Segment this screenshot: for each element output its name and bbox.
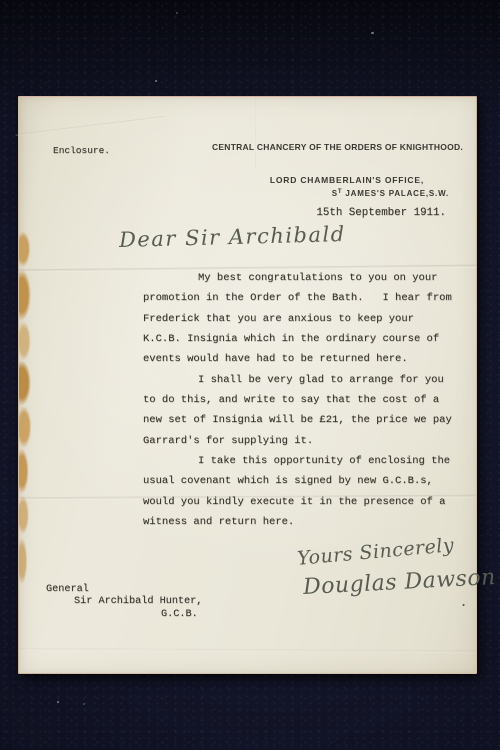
body-line: I shall be very glad to arrange for you (143, 370, 463, 390)
body-line: promotion in the Order of the Bath. I he… (143, 288, 463, 308)
body-line: new set of Insignia will be £21, the pri… (143, 410, 463, 430)
body-line: witness and return here. (143, 512, 463, 532)
paper-fold-crease (19, 648, 476, 653)
letterhead-line2: LORD CHAMBERLAIN'S OFFICE, (270, 175, 424, 185)
body-line: I take this opportunity of enclosing the (143, 451, 463, 471)
recipient-honours: G.C.B. (46, 609, 202, 621)
photo-background: Enclosure. CENTRAL CHANCERY OF THE ORDER… (0, 0, 500, 750)
body-line: Frederick that you are anxious to keep y… (143, 309, 463, 329)
recipient-name: Sir Archibald Hunter, (46, 596, 202, 608)
fabric-speck (371, 32, 374, 34)
fabric-speck (176, 12, 178, 14)
letter-body: My best congratulations to you on your p… (143, 268, 463, 532)
body-line: would you kindly execute it in the prese… (143, 492, 463, 512)
body-line: My best congratulations to you on your (143, 268, 463, 288)
salutation-handwritten: Dear Sir Archibald (119, 222, 346, 252)
paper-crease (255, 97, 257, 169)
paper-crease (15, 116, 164, 136)
body-line: K.C.B. Insignia which in the ordinary co… (143, 329, 463, 349)
signature-period: . (461, 591, 466, 610)
letterhead-line3-rest: JAMES'S PALACE,S.W. (342, 189, 449, 198)
fabric-speck (57, 701, 59, 703)
left-edge-tape-stain (19, 231, 35, 587)
date-line: 15th September 1911. (316, 207, 446, 219)
letterhead-line3: ST JAMES'S PALACE,S.W. (332, 189, 449, 198)
letterhead-line1: CENTRAL CHANCERY OF THE ORDERS OF KNIGHT… (212, 142, 463, 152)
enclosure-note: Enclosure. (53, 145, 110, 156)
recipient-block: General Sir Archibald Hunter, G.C.B. (46, 584, 202, 621)
fabric-speck (155, 80, 157, 82)
recipient-rank: General (46, 584, 202, 596)
body-line: events would have had to be returned her… (143, 349, 463, 369)
body-line: usual covenant which is signed by new G.… (143, 471, 463, 491)
letter-document: Enclosure. CENTRAL CHANCERY OF THE ORDER… (18, 96, 477, 674)
body-line: to do this, and write to say that the co… (143, 390, 463, 410)
fabric-speck (83, 703, 85, 705)
signature-handwritten: Douglas Dawson (302, 565, 496, 600)
closing-handwritten: Yours Sincerely (296, 534, 455, 570)
body-line: Garrard's for supplying it. (143, 431, 463, 451)
